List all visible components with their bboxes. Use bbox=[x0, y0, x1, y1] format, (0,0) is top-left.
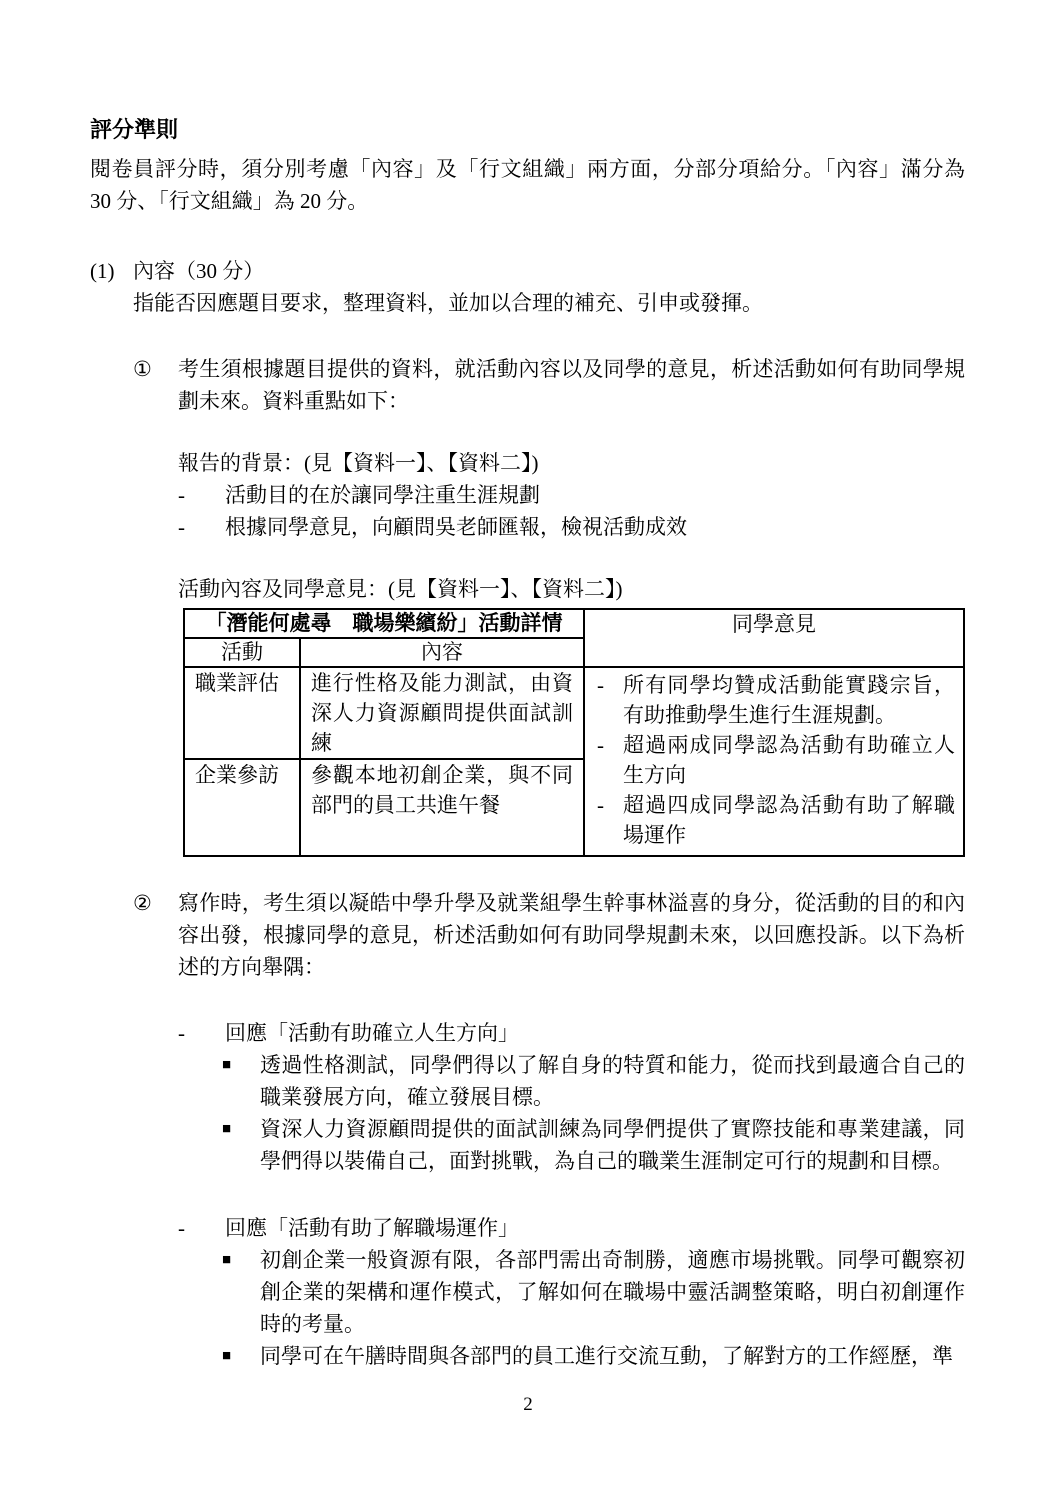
opinions-cell: - 所有同學均贊成活動能實踐宗旨，有助推動學生進行生涯規劃。 - 超過兩成同學認… bbox=[584, 667, 964, 856]
dash-bullet-icon: - bbox=[178, 1212, 225, 1244]
section-1-heading: (1) 內容（30 分） bbox=[90, 255, 965, 287]
column-header-content: 內容 bbox=[300, 638, 584, 667]
opinion-item: - 超過四成同學認為活動有助了解職場運作 bbox=[597, 790, 955, 850]
document-content: 評分準則 閱卷員評分時，須分別考慮「內容」及「行文組織」兩方面，分部分項給分。「… bbox=[0, 0, 1056, 1372]
activity-table: 「潛能何處尋 職場樂繽紛」活動詳情 同學意見 活動 內容 職業評估 進行性格及能… bbox=[183, 608, 965, 857]
item-2-text: 寫作時，考生須以凝皓中學升學及就業組學生幹事林溢喜的身分，從活動的目的和內容出發… bbox=[178, 887, 965, 983]
opinion-text: 超過四成同學認為活動有助了解職場運作 bbox=[623, 790, 955, 850]
opinion-item: - 所有同學均贊成活動能實踐宗旨，有助推動學生進行生涯規劃。 bbox=[597, 670, 955, 730]
dash-bullet-icon: - bbox=[597, 790, 623, 850]
point-text: 同學可在午膳時間與各部門的員工進行交流互動，了解對方的工作經歷，準 bbox=[260, 1340, 965, 1372]
opinion-text: 超過兩成同學認為活動有助確立人生方向 bbox=[623, 730, 955, 790]
intro-paragraph: 閱卷員評分時，須分別考慮「內容」及「行文組織」兩方面，分部分項給分。「內容」滿分… bbox=[90, 153, 965, 217]
point-item: ■ 同學可在午膳時間與各部門的員工進行交流互動，了解對方的工作經歷，準 bbox=[222, 1340, 965, 1372]
background-bullet-text: 根據同學意見，向顧問吳老師匯報，檢視活動成效 bbox=[225, 511, 965, 543]
square-bullet-icon: ■ bbox=[222, 1113, 260, 1177]
point-item: ■ 資深人力資源顧問提供的面試訓練為同學們提供了實際技能和專業建議，同學們得以裝… bbox=[222, 1113, 965, 1177]
activity-name-cell: 職業評估 bbox=[184, 667, 300, 759]
direction-points: ■ 透過性格測試，同學們得以了解自身的特質和能力，從而找到最適合自己的職業發展方… bbox=[222, 1049, 965, 1177]
opinion-item: - 超過兩成同學認為活動有助確立人生方向 bbox=[597, 730, 955, 790]
item-1-marker: ① bbox=[133, 353, 178, 417]
page-title: 評分準則 bbox=[90, 115, 965, 145]
point-text: 初創企業一般資源有限，各部門需出奇制勝，適應市場挑戰。同學可觀察初創企業的架構和… bbox=[260, 1244, 965, 1340]
direction-block-2: - 回應「活動有助了解職場運作」 ■ 初創企業一般資源有限，各部門需出奇制勝，適… bbox=[178, 1212, 965, 1372]
table-row: 職業評估 進行性格及能力測試，由資深人力資源顧問提供面試訓練 - 所有同學均贊成… bbox=[184, 667, 964, 759]
item-2-marker: ② bbox=[133, 887, 178, 983]
background-bullet-text: 活動目的在於讓同學注重生涯規劃 bbox=[225, 479, 965, 511]
direction-heading: - 回應「活動有助確立人生方向」 bbox=[178, 1017, 965, 1049]
item-1-details: 報告的背景：(見【資料一】、【資料二】) - 活動目的在於讓同學注重生涯規劃 -… bbox=[178, 447, 965, 605]
square-bullet-icon: ■ bbox=[222, 1244, 260, 1340]
activity-content-cell: 參觀本地初創企業，與不同部門的員工共進午餐 bbox=[300, 759, 584, 856]
dash-bullet-icon: - bbox=[597, 670, 623, 730]
item-1-text: 考生須根據題目提供的資料，就活動內容以及同學的意見，析述活動如何有助同學規劃未來… bbox=[178, 353, 965, 417]
section-1-description: 指能否因應題目要求，整理資料，並加以合理的補充、引申或發揮。 bbox=[133, 287, 965, 319]
item-1: ① 考生須根據題目提供的資料，就活動內容以及同學的意見，析述活動如何有助同學規劃… bbox=[133, 353, 965, 417]
activity-name-cell: 企業參訪 bbox=[184, 759, 300, 856]
section-1-title: 內容（30 分） bbox=[133, 255, 264, 287]
point-text: 資深人力資源顧問提供的面試訓練為同學們提供了實際技能和專業建議，同學們得以裝備自… bbox=[260, 1113, 965, 1177]
direction-heading-text: 回應「活動有助確立人生方向」 bbox=[225, 1017, 965, 1049]
table-header-activity-details: 「潛能何處尋 職場樂繽紛」活動詳情 bbox=[184, 609, 584, 638]
document-page: 評分準則 閱卷員評分時，須分別考慮「內容」及「行文組織」兩方面，分部分項給分。「… bbox=[0, 0, 1056, 1486]
point-item: ■ 初創企業一般資源有限，各部門需出奇制勝，適應市場挑戰。同學可觀察初創企業的架… bbox=[222, 1244, 965, 1340]
dash-bullet-icon: - bbox=[178, 479, 225, 511]
activity-section-heading: 活動內容及同學意見：(見【資料一】、【資料二】) bbox=[178, 573, 965, 605]
page-number: 2 bbox=[0, 1393, 1056, 1417]
background-bullet: - 活動目的在於讓同學注重生涯規劃 bbox=[178, 479, 965, 511]
direction-points: ■ 初創企業一般資源有限，各部門需出奇制勝，適應市場挑戰。同學可觀察初創企業的架… bbox=[222, 1244, 965, 1372]
activity-content-cell: 進行性格及能力測試，由資深人力資源顧問提供面試訓練 bbox=[300, 667, 584, 759]
background-bullet: - 根據同學意見，向顧問吳老師匯報，檢視活動成效 bbox=[178, 511, 965, 543]
dash-bullet-icon: - bbox=[178, 511, 225, 543]
table-header-row: 「潛能何處尋 職場樂繽紛」活動詳情 同學意見 bbox=[184, 609, 964, 638]
dash-bullet-icon: - bbox=[178, 1017, 225, 1049]
opinion-text: 所有同學均贊成活動能實踐宗旨，有助推動學生進行生涯規劃。 bbox=[623, 670, 955, 730]
direction-heading-text: 回應「活動有助了解職場運作」 bbox=[225, 1212, 965, 1244]
section-1-number: (1) bbox=[90, 255, 133, 287]
point-item: ■ 透過性格測試，同學們得以了解自身的特質和能力，從而找到最適合自己的職業發展方… bbox=[222, 1049, 965, 1113]
point-text: 透過性格測試，同學們得以了解自身的特質和能力，從而找到最適合自己的職業發展方向，… bbox=[260, 1049, 965, 1113]
square-bullet-icon: ■ bbox=[222, 1340, 260, 1372]
item-2: ② 寫作時，考生須以凝皓中學升學及就業組學生幹事林溢喜的身分，從活動的目的和內容… bbox=[133, 887, 965, 983]
column-header-activity: 活動 bbox=[184, 638, 300, 667]
background-heading: 報告的背景：(見【資料一】、【資料二】) bbox=[178, 447, 965, 479]
direction-block-1: - 回應「活動有助確立人生方向」 ■ 透過性格測試，同學們得以了解自身的特質和能… bbox=[178, 1017, 965, 1177]
square-bullet-icon: ■ bbox=[222, 1049, 260, 1113]
table-header-opinions: 同學意見 bbox=[584, 609, 964, 667]
dash-bullet-icon: - bbox=[597, 730, 623, 790]
direction-heading: - 回應「活動有助了解職場運作」 bbox=[178, 1212, 965, 1244]
